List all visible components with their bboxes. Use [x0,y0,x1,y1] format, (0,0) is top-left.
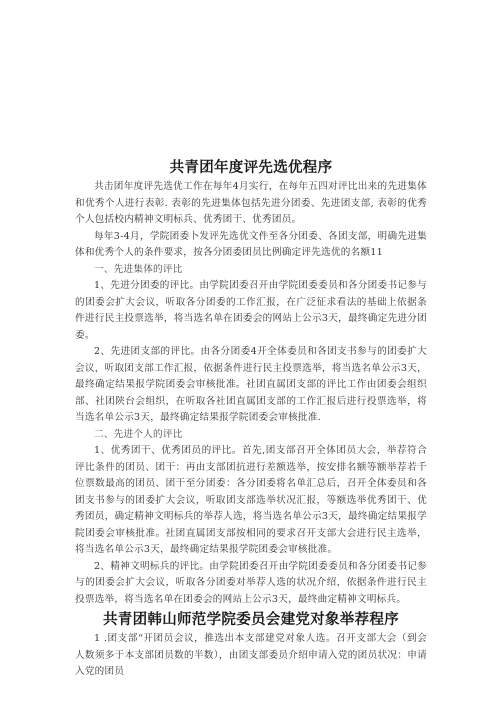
document-page: 共青团年度评先选优程序 共击团年度评先选优工作在每年4月实行，在每年五四对评比出… [0,0,500,707]
document-content: 共青团年度评先选优程序 共击团年度评先选优工作在每年4月实行，在每年五四对评比出… [75,157,427,681]
paragraph-intro: 共击团年度评先选优工作在每年4月实行，在每年五四对评比出来的先进集体和优秀个人进… [75,179,427,229]
paragraph-model-student: 2、精神文明标兵的评比。由学院团委召开由学院团委委员和各分团委书记参与的团委会扩… [75,559,427,609]
paragraph-schedule: 每年3-4月，学院团委卜发评先选优文件至各分团委、各团支部，明确先进集体和优秀个… [75,229,427,262]
paragraph-cadre-member: 1、优秀团干、优秀团员的评比。首先,团支部召开全体团员大会，举荐符合评比条件的团… [75,443,427,559]
section-title-party-recommendation: 共青团韩山师范学院委员会建党对象举荐程序 [75,609,427,631]
paragraph-league-branch: 2、先进团支部的评比。由各分团委4开全体委员和各团支书参与的团委扩大会议，听取团… [75,344,427,427]
section-title-selection-procedure: 共青团年度评先选优程序 [75,157,427,179]
paragraph-branch-committee: 1、先进分团委的评比。由学院团委召开由学院团委委员和各分团委书记参与的团委会扩大… [75,278,427,344]
heading-individual-selection: 二、先进个人的评比 [75,427,427,444]
heading-collective-selection: 一、先进集体的评比 [75,262,427,279]
paragraph-recommendation-step1: 1 .团支部“开团员会议，推选出本支部建党对象人选。召开支部大会（到会人数须多于… [75,631,427,681]
